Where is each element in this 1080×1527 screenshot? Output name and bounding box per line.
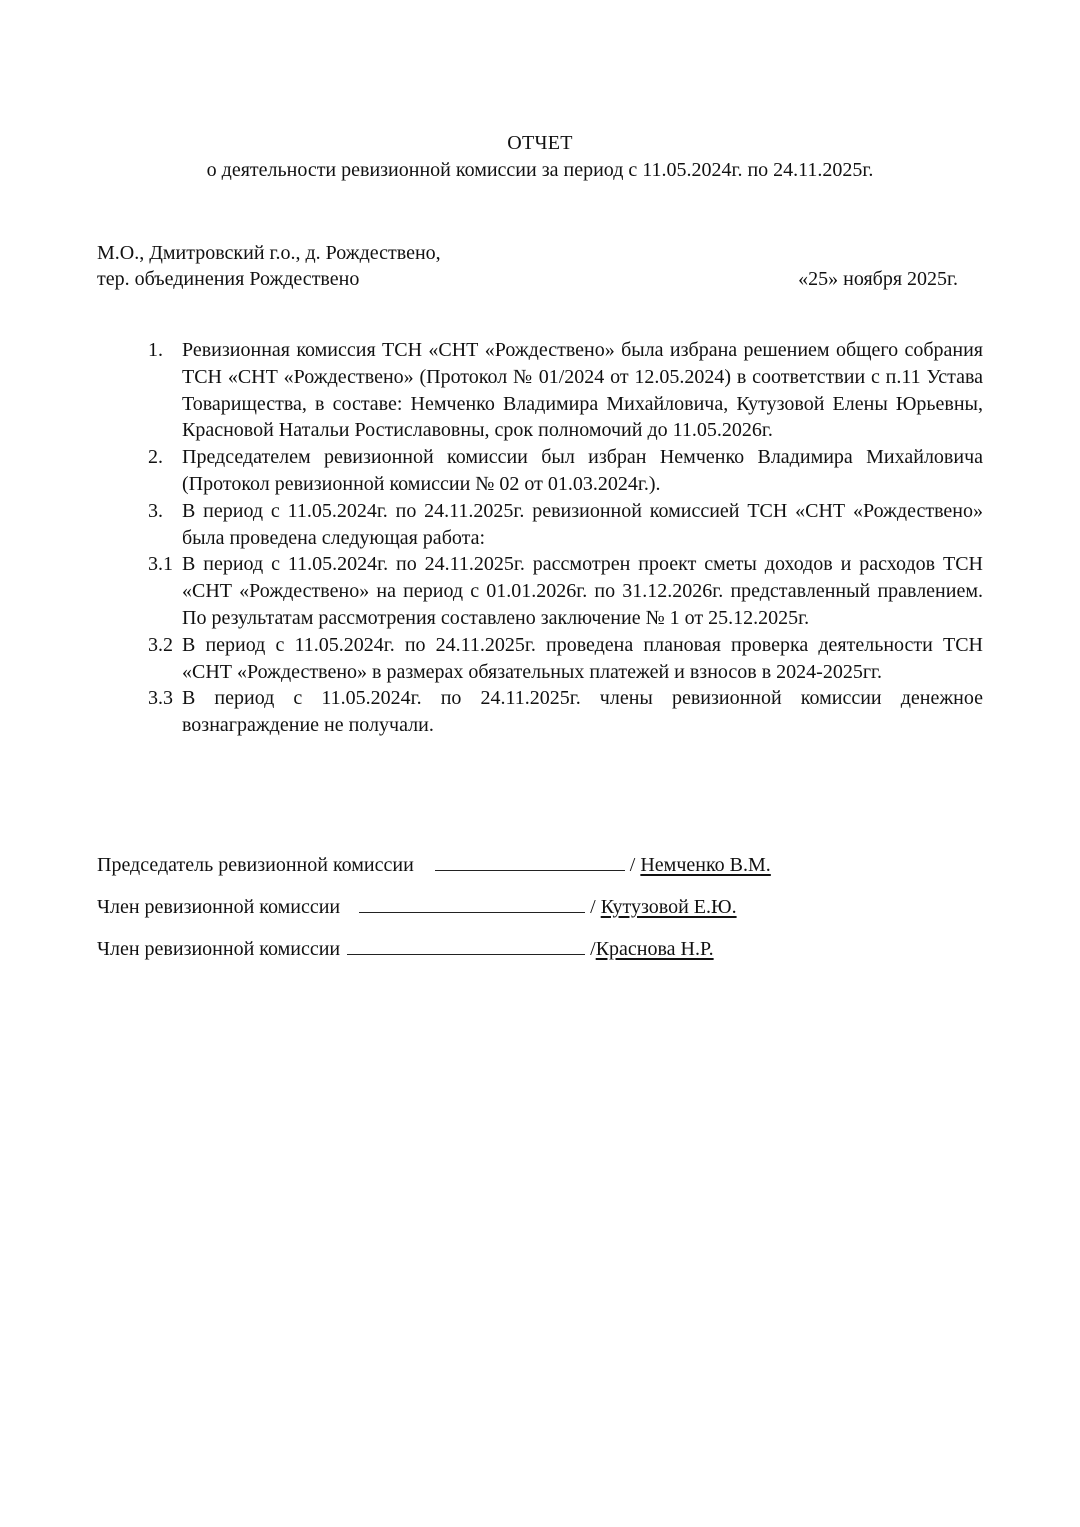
item-number: 3.2 xyxy=(148,632,182,686)
item-text: В период с 11.05.2024г. по 24.11.2025г. … xyxy=(182,498,983,552)
item-text: В период с 11.05.2024г. по 24.11.2025г. … xyxy=(182,551,983,631)
signature-name: Кутузовой Е.Ю. xyxy=(601,896,737,918)
signature-member-1: Член ревизионной комиссии / Кутузовой Е.… xyxy=(97,894,737,919)
signature-separator: / xyxy=(585,938,596,960)
signature-separator: / xyxy=(585,896,601,918)
list-item: 2. Председателем ревизионной комиссии бы… xyxy=(148,444,983,498)
location-line-2: тер. объединения Рождествено xyxy=(97,268,359,291)
signature-name: Немченко В.М. xyxy=(640,854,770,876)
item-text: В период с 11.05.2024г. по 24.11.2025г. … xyxy=(182,632,983,686)
signature-separator: / xyxy=(625,854,641,876)
item-text: Председателем ревизионной комиссии был и… xyxy=(182,444,983,498)
document-subtitle: о деятельности ревизионной комиссии за п… xyxy=(0,159,1080,182)
document-title: ОТЧЕТ xyxy=(0,132,1080,155)
item-text: Ревизионная комиссия ТСН «СНТ «Рождестве… xyxy=(182,337,983,444)
item-number: 3.3 xyxy=(148,685,182,739)
signature-chairman: Председатель ревизионной комиссии / Немч… xyxy=(97,852,771,877)
list-item: 3. В период с 11.05.2024г. по 24.11.2025… xyxy=(148,498,983,552)
item-number: 3.1 xyxy=(148,551,182,631)
item-number: 1. xyxy=(148,337,182,444)
signature-role: Член ревизионной комиссии xyxy=(97,896,340,918)
signature-line xyxy=(347,936,585,955)
list-item: 3.2 В период с 11.05.2024г. по 24.11.202… xyxy=(148,632,983,686)
item-number: 3. xyxy=(148,498,182,552)
list-item: 1. Ревизионная комиссия ТСН «СНТ «Рождес… xyxy=(148,337,983,444)
location-line-1: М.О., Дмитровский г.о., д. Рождествено, xyxy=(97,242,441,265)
list-item: 3.3 В период с 11.05.2024г. по 24.11.202… xyxy=(148,685,983,739)
item-text: В период с 11.05.2024г. по 24.11.2025г. … xyxy=(182,685,983,739)
item-number: 2. xyxy=(148,444,182,498)
document-date: «25» ноября 2025г. xyxy=(798,268,958,291)
signature-role: Член ревизионной комиссии xyxy=(97,938,340,960)
signature-role: Председатель ревизионной комиссии xyxy=(97,854,414,876)
signature-line xyxy=(359,894,585,913)
list-item: 3.1 В период с 11.05.2024г. по 24.11.202… xyxy=(148,551,983,631)
signature-member-2: Член ревизионной комиссии /Краснова Н.Р. xyxy=(97,936,714,961)
signature-line xyxy=(435,852,625,871)
signature-name: Краснова Н.Р. xyxy=(596,938,714,960)
report-items-list: 1. Ревизионная комиссия ТСН «СНТ «Рождес… xyxy=(148,337,983,739)
